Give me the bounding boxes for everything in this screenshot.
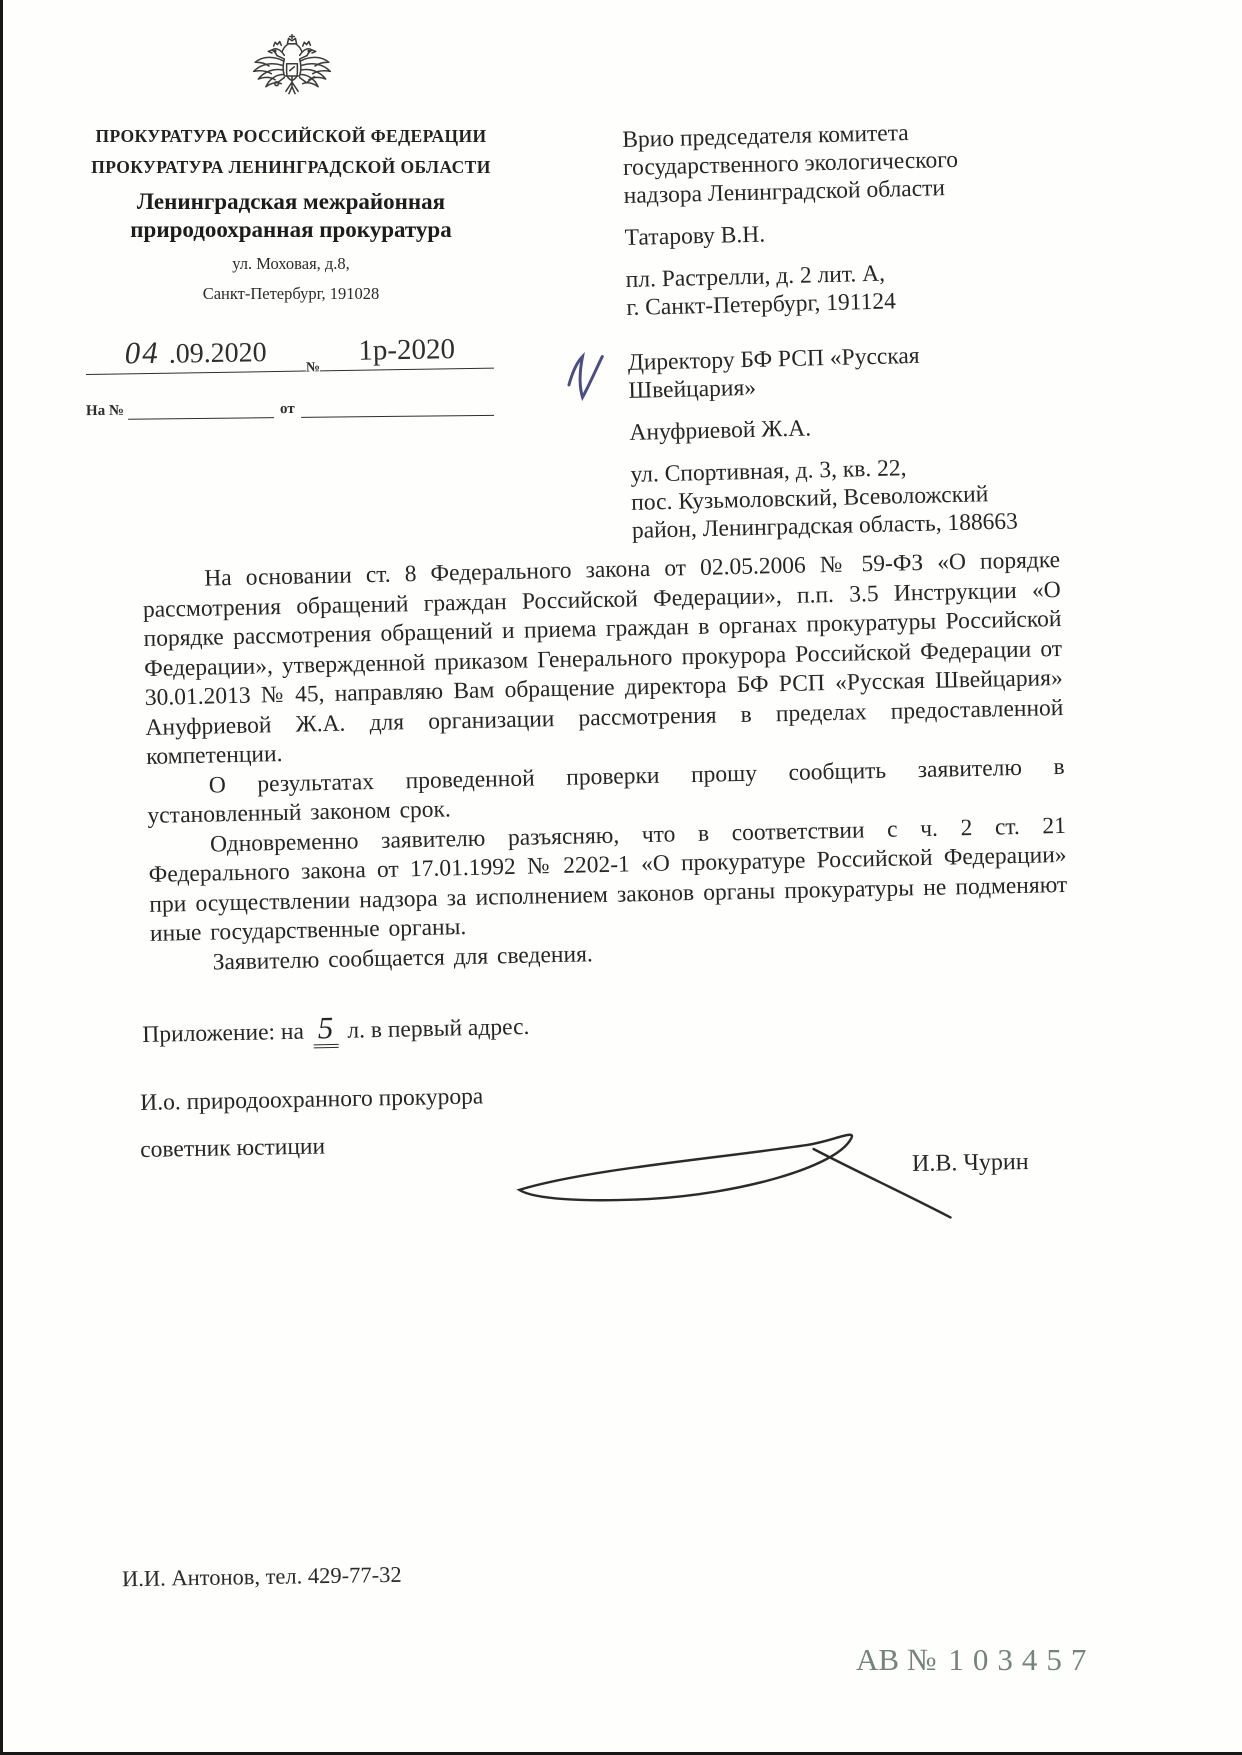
handwritten-page-count: 5 xyxy=(313,1012,339,1049)
addressee-position: Врио председателя комитета государственн… xyxy=(622,115,1060,210)
attachment-line: Приложение: на 5 л. в первый адрес. xyxy=(142,1008,530,1052)
addressee2-position: Директору БФ РСП «Русская Швейцария» xyxy=(627,338,1064,405)
signer-name: И.В. Чурин xyxy=(912,1149,1029,1178)
doc-number-field: 1р-2020 xyxy=(319,333,493,372)
handwritten-checkmark-icon xyxy=(564,352,606,408)
addressee2-address: ул. Спортивная, д. 3, кв. 22, пос. Кузьм… xyxy=(630,450,1068,545)
letterhead: ПРОКУРАТУРА РОССИЙСКОЙ ФЕДЕРАЦИИ ПРОКУРА… xyxy=(86,126,496,304)
russian-coat-of-arms-icon xyxy=(246,30,338,122)
handwritten-date-day: 04 xyxy=(124,335,160,371)
executor-contact: И.И. Антонов, тел. 429-77-32 xyxy=(122,1562,402,1592)
reference-row: На № от xyxy=(86,397,494,420)
addressee-address: пл. Растрелли, д. 2 лит. А, г. Санкт-Пет… xyxy=(625,255,1062,322)
ref-label: На № xyxy=(86,403,124,420)
ref-from-label: от xyxy=(280,401,295,418)
ref-number-blank xyxy=(128,399,274,420)
doc-number: 1р-2020 xyxy=(358,333,455,367)
org-address-line1: ул. Моховая, д.8, xyxy=(86,254,496,274)
body-paragraph-1: На основании ст. 8 Федерального закона о… xyxy=(142,546,1064,772)
stamp-number: 103457 xyxy=(948,1642,1095,1678)
attachment-prefix: Приложение: на xyxy=(142,1019,304,1049)
letterhead-line2: ПРОКУРАТУРА ЛЕНИНГРАДСКОЙ ОБЛАСТИ xyxy=(86,157,496,178)
org-name-line2: природоохранная прокуратура xyxy=(86,216,496,244)
ref-date-blank xyxy=(301,397,495,418)
signer-position-line2: советник юстиции xyxy=(140,1133,325,1164)
number-sign: № xyxy=(306,360,320,376)
handwritten-signature-icon xyxy=(505,1116,975,1228)
signer-position-line1: И.о. природоохранного прокурора xyxy=(140,1083,484,1117)
form-serial-stamp: АВ № 103457 xyxy=(856,1642,1095,1678)
date-field: 04.09.2020 xyxy=(85,333,306,375)
org-address-line2: Санкт-Петербург, 191028 xyxy=(86,284,496,304)
date-month-year: .09.2020 xyxy=(168,337,266,370)
addressee-block: Врио председателя комитета государственн… xyxy=(622,115,1068,559)
body-paragraph-3: Одновременно заявителю разъясняю, что в … xyxy=(148,811,1068,949)
stamp-series: АВ № xyxy=(856,1642,936,1678)
addressee2-name: Ануфриевой Ж.А. xyxy=(629,408,1066,447)
addressee-name: Татарову В.Н. xyxy=(624,213,1061,252)
org-name-line1: Ленинградская межрайонная xyxy=(86,188,496,216)
scan-edge-left xyxy=(0,0,3,1755)
attachment-suffix: л. в первый адрес. xyxy=(347,1014,530,1045)
letter-body: На основании ст. 8 Федерального закона о… xyxy=(142,546,1069,979)
date-number-row: 04.09.2020 № 1р-2020 xyxy=(85,330,494,375)
scanned-letter-page: ПРОКУРАТУРА РОССИЙСКОЙ ФЕДЕРАЦИИ ПРОКУРА… xyxy=(0,0,1242,1755)
letterhead-line1: ПРОКУРАТУРА РОССИЙСКОЙ ФЕДЕРАЦИИ xyxy=(86,126,496,147)
